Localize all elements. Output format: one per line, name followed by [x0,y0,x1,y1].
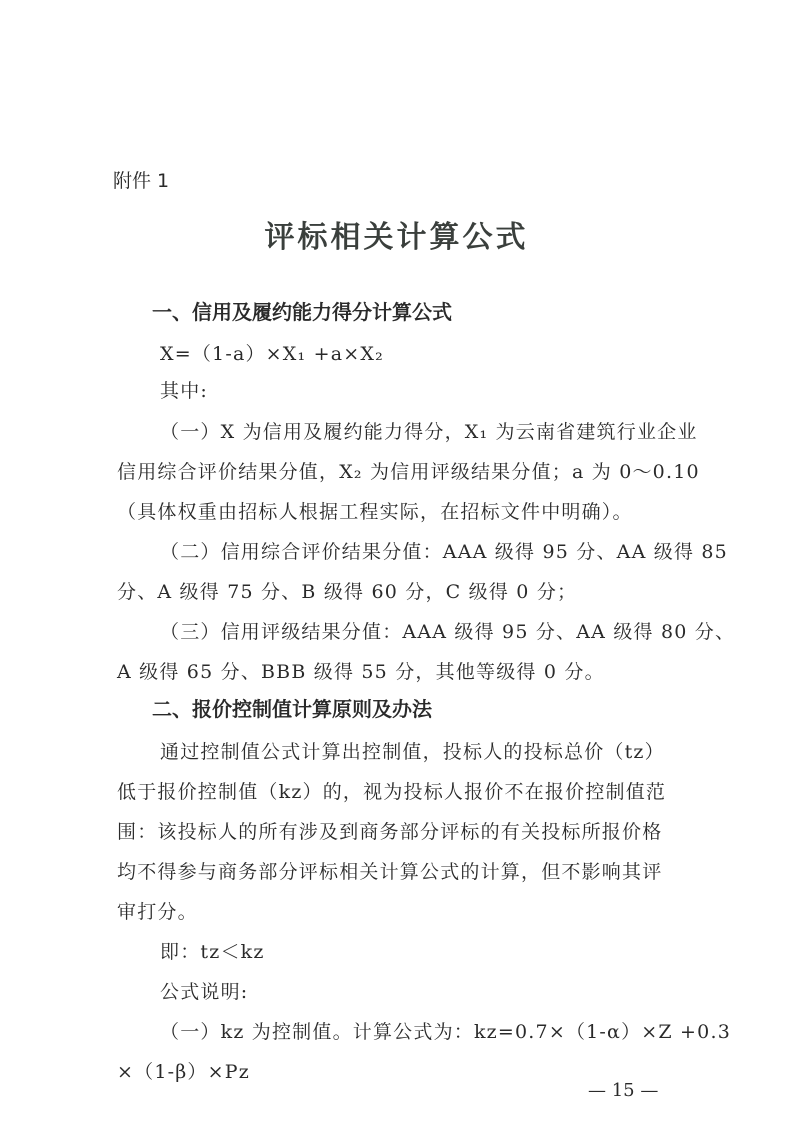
s2-para-line1: 通过控制值公式计算出控制值，投标人的投标总价（tz） [160,737,665,764]
attachment-label: 附件 1 [113,166,169,193]
where-label: 其中: [160,376,208,403]
s2-item1-line2: ×（1-β）×Pz [117,1057,250,1084]
s2-para-line2: 低于报价控制值（kz）的，视为投标人报价不在报价控制值范 [117,777,666,804]
s1-item1-line3: （具体权重由招标人根据工程实际，在招标文件中明确）。 [117,497,633,524]
formula-note-label: 公式说明: [160,977,248,1004]
s1-item2-line1: （二）信用综合评价结果分值：AAA 级得 95 分、AA 级得 85 [160,537,728,564]
s1-item2-line2: 分、A 级得 75 分、B 级得 60 分，C 级得 0 分； [117,577,577,604]
s1-item1-line1: （一）X 为信用及履约能力得分，X₁ 为云南省建筑行业企业 [160,417,698,444]
section-2-heading: 二、报价控制值计算原则及办法 [152,693,432,722]
credit-formula: X=（1-a）×X₁ +a×X₂ [160,339,384,366]
s2-para-line3: 围：该投标人的所有涉及到商务部分评标的有关投标所报价格 [117,817,662,844]
s2-para-line5: 审打分。 [117,897,198,924]
s2-item1-line1: （一）kz 为控制值。计算公式为：kz=0.7×（1-α）×Z +0.3 [160,1017,731,1044]
s2-para-line4: 均不得参与商务部分评标相关计算公式的计算，但不影响其评 [117,857,662,884]
section-1-heading: 一、信用及履约能力得分计算公式 [152,296,452,325]
s1-item3-line1: （三）信用评级结果分值：AAA 级得 95 分、AA 级得 80 分、 [160,617,735,644]
page-number: — 15 — [588,1080,658,1101]
s1-item1-line2: 信用综合评价结果分值，X₂ 为信用评级结果分值；a 为 0～0.10 [117,457,700,484]
condition-formula: 即：tz＜kz [160,937,265,964]
page-title: 评标相关计算公式 [0,212,793,256]
s1-item3-line2: A 级得 65 分、BBB 级得 55 分，其他等级得 0 分。 [117,657,605,684]
